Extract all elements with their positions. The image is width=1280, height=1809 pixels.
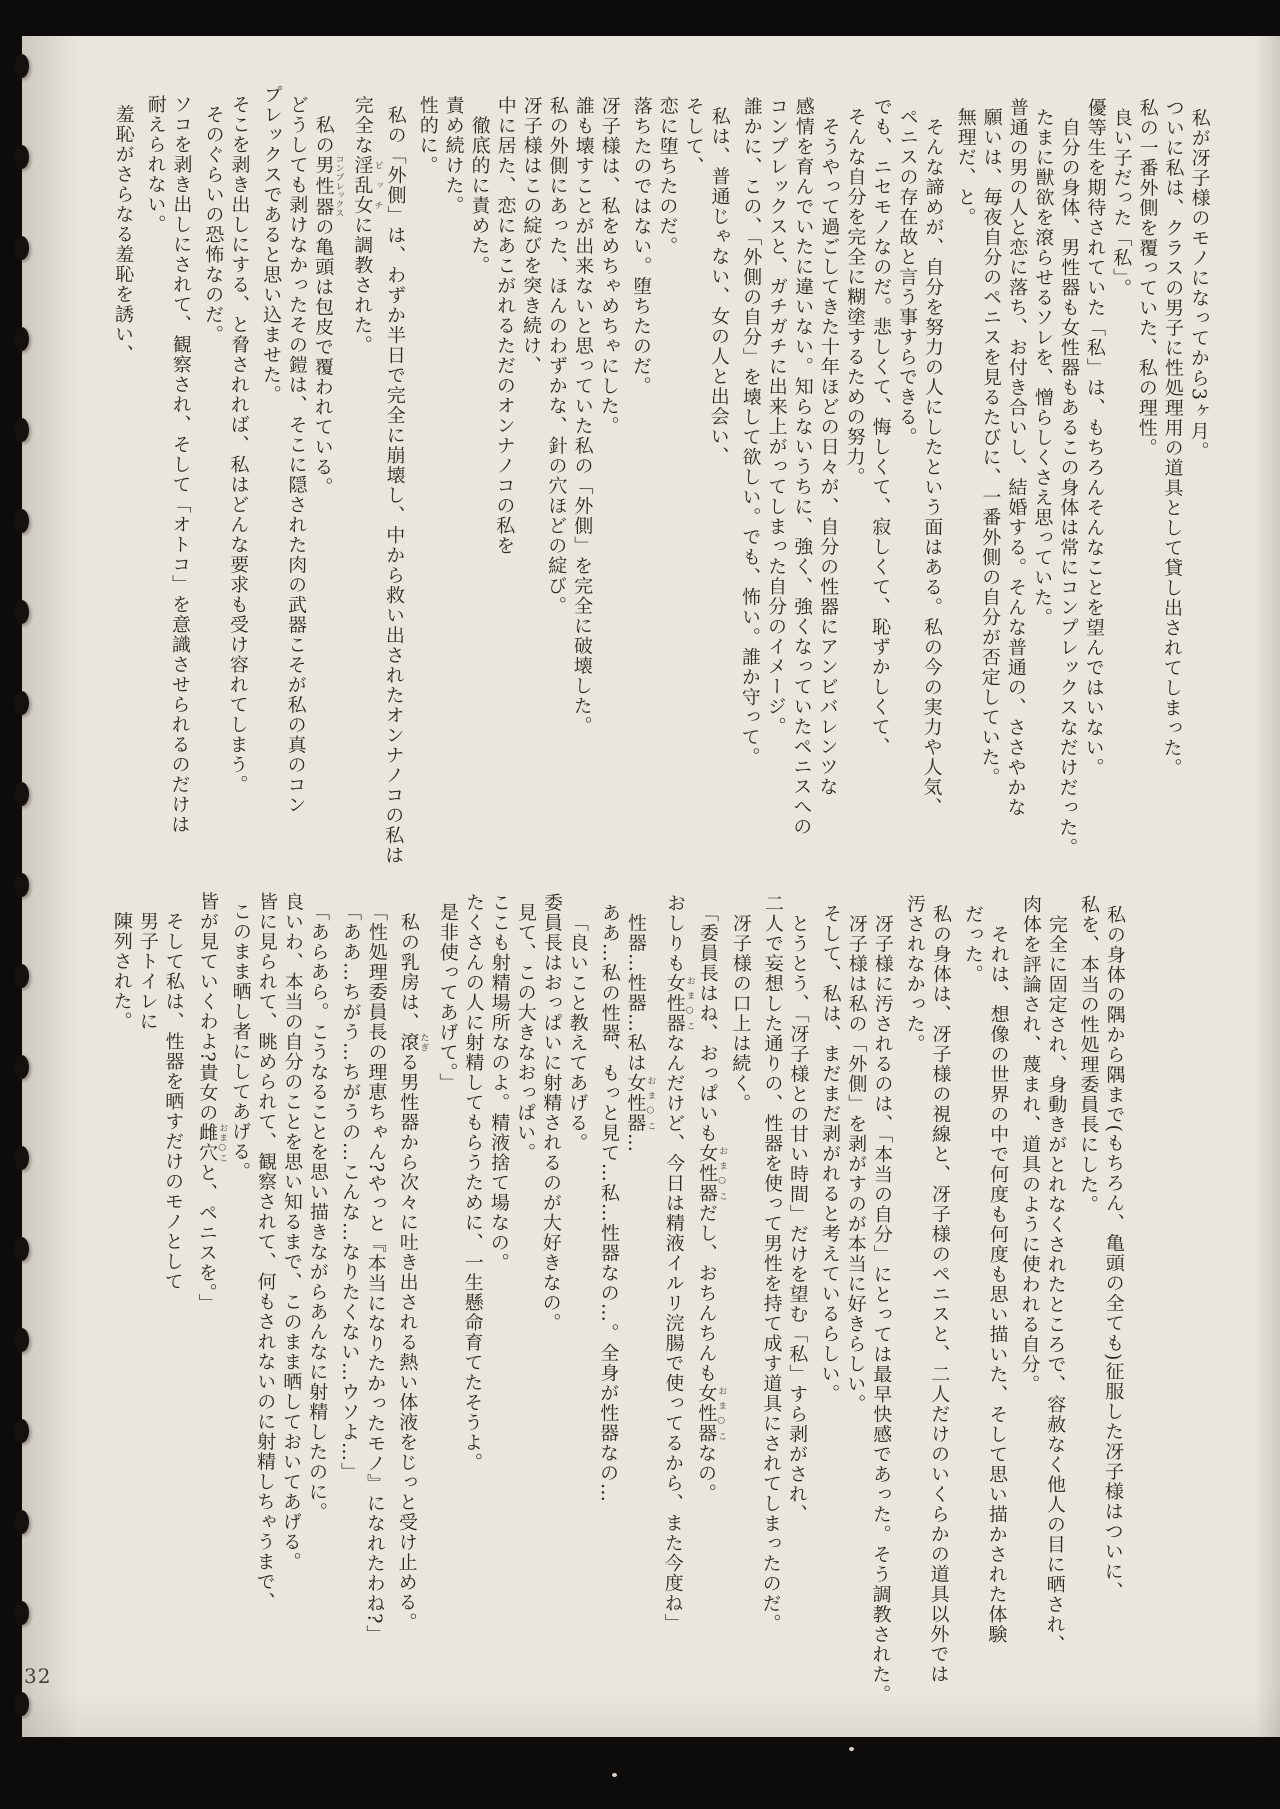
binding-hole bbox=[14, 1419, 29, 1443]
text-column: そして、 bbox=[678, 86, 707, 886]
text-column: そこを剥き出しにする、と脅されれば、私はどんな要求も受け容れてしまう。 bbox=[224, 85, 253, 885]
binding-hole bbox=[14, 54, 29, 78]
text-column: 無理だ、と。 bbox=[950, 87, 979, 887]
text-column: でも、ニセモノなのだ。悲しくて、悔しくて、寂しくて、恥ずかしくて、 bbox=[866, 87, 895, 887]
text-column: 是非使ってあげて。」 bbox=[432, 892, 461, 1704]
text-column: 二人で妄想した通りの、性器を使って男性を持て成す道具にされてしまったのだ。 bbox=[757, 893, 786, 1705]
page-content: 私が冴子様のモノになってから3ヶ月。ついに私は、クラスの男子に性処理用の道具とし… bbox=[0, 0, 1280, 1809]
text-column: 見て、この大きなおっぱい。 bbox=[510, 893, 539, 1705]
scan-border-top bbox=[0, 0, 1280, 36]
text-column: 冴子様は私の「外側」を剥がすのが本当に好きらしい。 bbox=[841, 894, 870, 1706]
text-column: おしりも女性器おま○こなんだけど、今日は精液イルリ浣腸で使ってるから、また今度ね… bbox=[659, 893, 695, 1705]
scanned-book-page: 私が冴子様のモノになってから3ヶ月。ついに私は、クラスの男子に性処理用の道具とし… bbox=[0, 0, 1280, 1809]
text-column: 肉体を評論され、蔑まれ、道具のように使われる自分。 bbox=[1015, 894, 1044, 1706]
text-column: 「良いこと教えてあげる。 bbox=[562, 893, 591, 1705]
text-column: そして、私は、まだまだ剥がれると考えているらしい。 bbox=[815, 894, 844, 1706]
text-column: 私の「外側」は、わずか半日で完全に崩壊し、中から救い出されたオンナノコの私は bbox=[380, 85, 409, 885]
text-column: 願いは、毎夜自分のペニスを見るたびに、一番外側の自分が否定していた。 bbox=[976, 87, 1005, 887]
text-column: 恋に堕ちたのだ。 bbox=[652, 86, 681, 886]
text-column: 私が冴子様のモノになってから3ヶ月。 bbox=[1184, 88, 1213, 888]
binding-hole bbox=[14, 1146, 29, 1170]
text-column: 私は、普通じゃない、女の人と出会い、 bbox=[704, 86, 733, 886]
scan-border-bottom bbox=[0, 1737, 1280, 1809]
text-column: 汚されなかった。 bbox=[899, 894, 928, 1706]
text-column: 陳列された。 bbox=[106, 891, 135, 1703]
text-column: 良い子だった「私」。 bbox=[1106, 88, 1135, 888]
text-column: 普通の男の人と恋に落ち、お付き合いし、結婚する。そんな普通の、ささやかな bbox=[1002, 87, 1031, 887]
text-column: 耐えられない。 bbox=[140, 84, 169, 884]
text-column: そのぐらいの恐怖なのだ。 bbox=[198, 84, 227, 884]
text-column: 誰も壊すことが出来ないと思っていた私の「外側」を完全に破壊した。 bbox=[568, 86, 597, 886]
text-column: ついに私は、クラスの男子に性処理用の道具として貸し出されてしまった。 bbox=[1158, 88, 1187, 888]
text-column: ペニスの存在故と言う事すらできる。 bbox=[892, 87, 921, 887]
text-column: たまに獣欲を滾らせるソレを、憎らしくさえ思っていた。 bbox=[1028, 87, 1057, 887]
text-column: とうとう、「冴子様との甘い時間」だけを望む「私」すら剥がされ、 bbox=[783, 894, 812, 1706]
text-column: 性器…性器…私は女性器おま○こ… bbox=[620, 893, 656, 1705]
scan-speck bbox=[612, 1773, 617, 1777]
page-number: 32 bbox=[24, 1664, 51, 1688]
text-column: 私の男性器コンプレックスの亀頭は包皮で覆われている。 bbox=[308, 85, 344, 885]
text-column: ああ…私の性器、もっと見て…私…性器なの…。全身が性器なの… bbox=[594, 893, 623, 1705]
text-column: そうやって過ごしてきた十年ほどの日々が、自分の性器にアンビバレンツな bbox=[814, 87, 843, 887]
text-column: コンプレックスと、ガチガチに出来上がってしまった自分のイメージ。 bbox=[762, 86, 791, 886]
binding-hole bbox=[14, 145, 29, 169]
text-column: 私の乳房は、滾たぎる男性器から次々に吐き出される熱い体液をじっと受け止める。 bbox=[393, 892, 429, 1704]
text-column: 皆が見ていくわよ?貴女の雌穴おま○こと、ペニスを。」 bbox=[192, 891, 228, 1703]
binding-hole bbox=[14, 600, 29, 624]
binding-hole bbox=[14, 1601, 29, 1625]
text-column: 私の一番外側を覆っていた、私の理性。 bbox=[1132, 88, 1161, 888]
text-column: だった。 bbox=[957, 894, 986, 1706]
binding-hole bbox=[14, 236, 29, 260]
text-column: 私の外側にあった、ほんのわずかな、針の穴ほどの綻び。 bbox=[542, 86, 571, 886]
text-column: 男子トイレに bbox=[132, 891, 161, 1703]
text-block-top: 私が冴子様のモノになってから3ヶ月。ついに私は、クラスの男子に性処理用の道具とし… bbox=[108, 84, 1213, 888]
text-column: 自分の身体、男性器も女性器もあるこの身体は常にコンプレックスなだけだった。 bbox=[1054, 87, 1083, 887]
text-column: 性的に。 bbox=[412, 85, 441, 885]
binding-hole bbox=[14, 327, 29, 351]
text-column: 責め続けた。 bbox=[438, 85, 467, 885]
binding-hole bbox=[14, 1328, 29, 1352]
text-column: 冴子様の口上は続く。 bbox=[725, 893, 754, 1705]
text-column: 良いわ、本当の自分のことを思い知るまで、このまま晒しておいてあげる。 bbox=[277, 892, 306, 1704]
text-column: 徹底的に責めた。 bbox=[464, 85, 493, 885]
binding-edge bbox=[0, 0, 22, 1809]
text-column: 私を、本当の性処理委員長にした。 bbox=[1073, 895, 1102, 1707]
text-column: そして私は、性器を晒すだけのモノとして bbox=[158, 891, 187, 1703]
text-column: 冴子様はこの綻びを突き続け、 bbox=[516, 86, 545, 886]
text-column: 完全な淫乱女ビッチに調教された。 bbox=[347, 85, 383, 885]
binding-hole bbox=[14, 418, 29, 442]
binding-hole bbox=[14, 509, 29, 533]
text-column: 「あらあら。こうなることを思い描きながらあんなに射精したのに。 bbox=[303, 892, 332, 1704]
text-column: 羞恥がさらなる羞恥を誘い、 bbox=[108, 84, 137, 884]
binding-hole bbox=[14, 1055, 29, 1079]
binding-hole bbox=[14, 782, 29, 806]
text-column: ソコを剥き出しにされて、観察され、そして「オトコ」を意識させられるのだけは bbox=[166, 84, 195, 884]
binding-hole bbox=[14, 691, 29, 715]
binding-hole bbox=[14, 873, 29, 897]
text-column: 完全に固定され、身動きがとれなくされたところで、容赦なく他人の目に晒され、 bbox=[1041, 894, 1070, 1706]
text-column: 「ああ…ちがう…ちがうの…こんな…なりたくない…ウソよ…」 bbox=[335, 892, 364, 1704]
text-column: 誰かに、この、「外側の自分」を壊して欲しい。でも、怖い。誰か守って。 bbox=[736, 86, 765, 886]
text-column: 委員長はおっぱいに射精されるのが大好きなの。 bbox=[536, 893, 565, 1705]
text-column: 「委員長はね、おっぱいも女性器おま○こだし、おちんちんも女性器おま○こなの。 bbox=[692, 893, 728, 1705]
text-column: 「性処理委員長の理恵ちゃん?やっと『本当になりたかったモノ』になれたわね?」 bbox=[361, 892, 390, 1704]
text-column: 優等生を期待されていた「私」は、もちろんそんなことを望んではいない。 bbox=[1080, 88, 1109, 888]
text-column: それは、想像の世界の中で何度も何度も思い描いた、そして思い描かされた体験 bbox=[983, 894, 1012, 1706]
text-column: プレックスであると思い込ませた。 bbox=[256, 85, 285, 885]
binding-hole bbox=[14, 964, 29, 988]
text-column: そんな自分を完全に糊塗するための努力。 bbox=[840, 87, 869, 887]
text-column: 落ちたのではない。堕ちたのだ。 bbox=[626, 86, 655, 886]
text-block-bottom: 私の身体の隅から隅まで(もちろん、亀頭の全ても)征服した冴子様はついに、私を、本… bbox=[106, 891, 1128, 1707]
text-column: 私の身体は、冴子様の視線と、冴子様のペニスと、二人だけのいくらかの道具以外では bbox=[925, 894, 954, 1706]
scan-speck bbox=[849, 1747, 854, 1751]
binding-hole bbox=[14, 1510, 29, 1534]
text-column: 感情を育んでいたに違いない。知らないうちに、強く、強くなっていたペニスへの bbox=[788, 87, 817, 887]
text-column: 中に居た、恋にあこがれるただのオンナノコの私を bbox=[490, 85, 519, 885]
text-column: どうしても剥けなかったその鎧は、そこに隠された肉の武器こそが私の真のコン bbox=[282, 85, 311, 885]
text-column: 冴子様に汚されるのは、「本当の自分」にとっては最早快感であった。そう調教された。 bbox=[867, 894, 896, 1706]
text-column: ここも射精場所なのよ。精液捨て場なの。 bbox=[484, 892, 513, 1704]
text-column: たくさんの人に射精してもらうために、一生懸命育てたそうよ。 bbox=[458, 892, 487, 1704]
text-column: 皆に見られて、眺められて、観察されて、何もされないのに射精しちゃうまで、 bbox=[251, 892, 280, 1704]
binding-hole bbox=[14, 1692, 29, 1716]
binding-hole bbox=[14, 1237, 29, 1261]
text-column: そんな諦めが、自分を努力の人にしたという面はある。私の今の実力や人気、 bbox=[918, 87, 947, 887]
text-column: このまま晒し者にしてあげる。 bbox=[225, 892, 254, 1704]
text-column: 私の身体の隅から隅まで(もちろん、亀頭の全ても)征服した冴子様はついに、 bbox=[1099, 895, 1128, 1707]
text-column: 冴子様は、私をめちゃめちゃにした。 bbox=[594, 86, 623, 886]
